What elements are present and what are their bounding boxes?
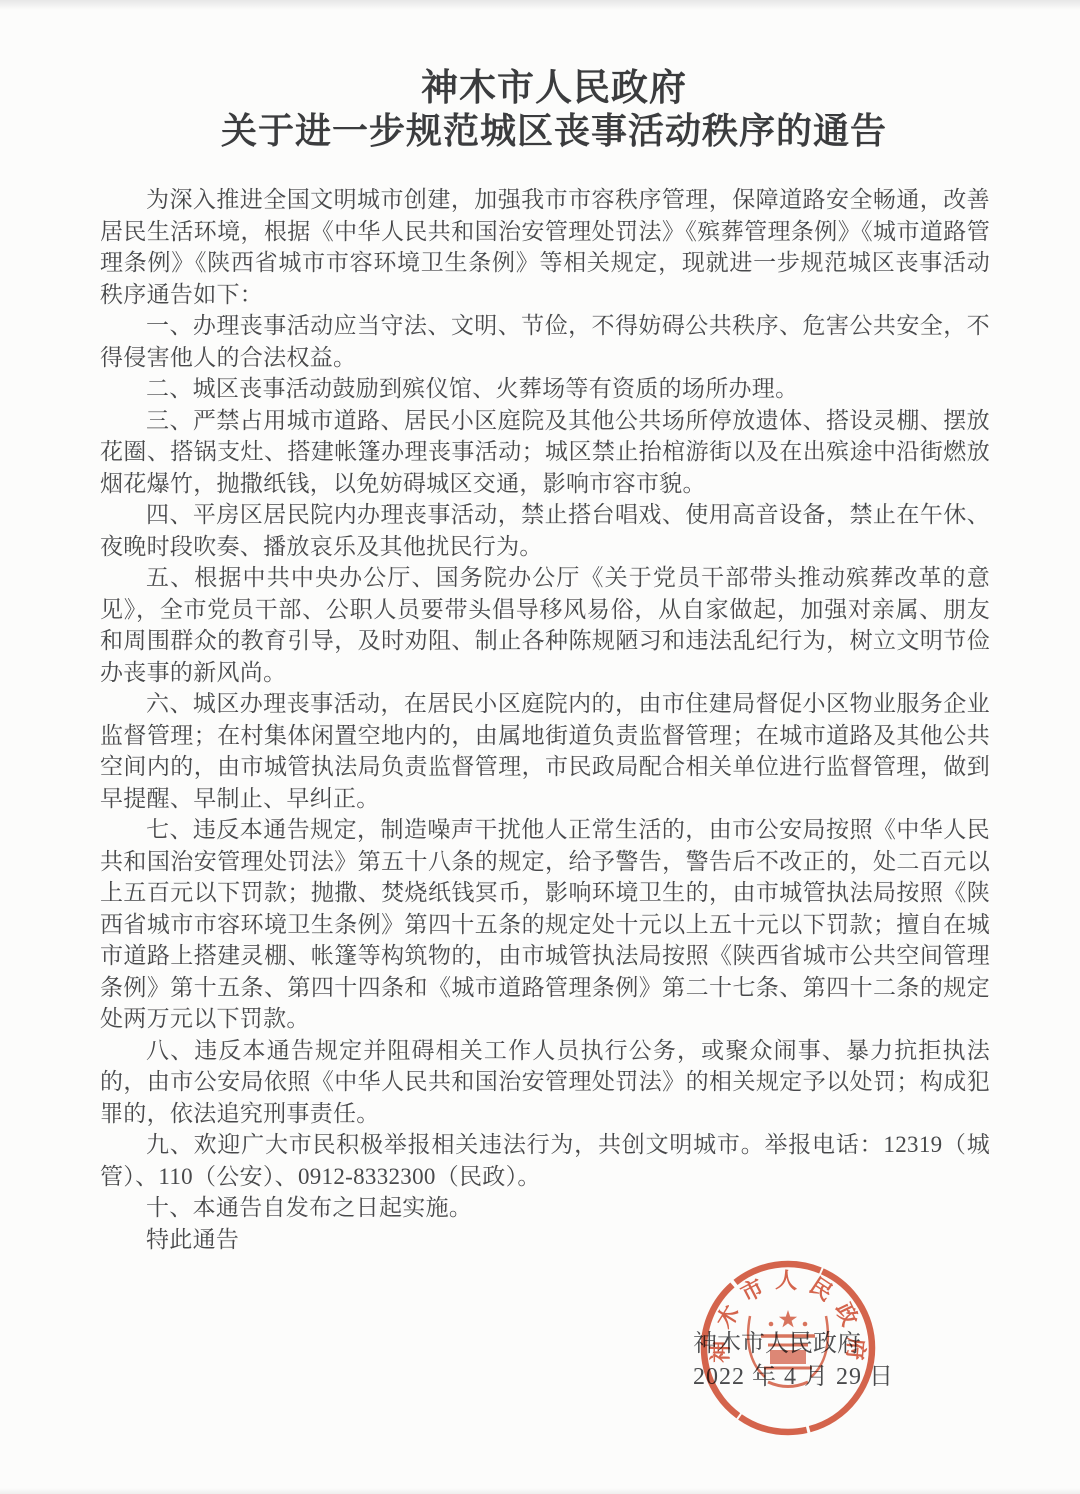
body-paragraph: 一、办理丧事活动应当守法、文明、节俭，不得妨碍公共秩序、危害公共安全，不得侵害他… (100, 310, 990, 373)
signature-block: 神木市人民政府 2022 年 4 月 29 日 (693, 1328, 894, 1393)
body-paragraph: 二、城区丧事活动鼓励到殡仪馆、火葬场等有资质的场所办理。 (100, 373, 990, 405)
document-body: 为深入推进全国文明城市创建，加强我市市容秩序管理，保障道路安全畅通，改善居民生活… (100, 184, 990, 1255)
document-title: 神木市人民政府 关于进一步规范城区丧事活动秩序的通告 (14, 68, 1080, 152)
body-paragraph: 四、平房区居民院内办理丧事活动，禁止搭台唱戏、使用高音设备，禁止在午休、夜晚时段… (100, 499, 990, 562)
signature-org: 神木市人民政府 (693, 1328, 894, 1360)
body-paragraph: 九、欢迎广大市民积极举报相关违法行为，共创文明城市。举报电话：12319（城管）… (100, 1129, 990, 1192)
body-paragraph: 三、严禁占用城市道路、居民小区庭院及其他公共场所停放遗体、搭设灵棚、摆放花圈、搭… (100, 405, 990, 500)
body-paragraph: 八、违反本通告规定并阻碍相关工作人员执行公务，或聚众闹事、暴力抗拒执法的，由市公… (100, 1035, 990, 1130)
body-paragraph: 特此通告 (100, 1224, 990, 1256)
body-paragraph: 六、城区办理丧事活动，在居民小区庭院内的，由市住建局督促小区物业服务企业监督管理… (100, 688, 990, 814)
notice-page: 神木市人民政府 关于进一步规范城区丧事活动秩序的通告 为深入推进全国文明城市创建… (0, 0, 1080, 1494)
body-paragraph: 十、本通告自发布之日起实施。 (100, 1192, 990, 1224)
body-paragraph: 七、违反本通告规定，制造噪声干扰他人正常生活的，由市公安局按照《中华人民共和国治… (100, 814, 990, 1035)
signature-date: 2022 年 4 月 29 日 (693, 1361, 894, 1393)
title-line-1: 神木市人民政府 (14, 68, 1080, 110)
body-paragraph: 五、根据中共中央办公厅、国务院办公厅《关于党员干部带头推动殡葬改革的意见》，全市… (100, 562, 990, 688)
title-line-2: 关于进一步规范城区丧事活动秩序的通告 (14, 110, 1080, 152)
body-paragraph: 为深入推进全国文明城市创建，加强我市市容秩序管理，保障道路安全畅通，改善居民生活… (100, 184, 990, 310)
